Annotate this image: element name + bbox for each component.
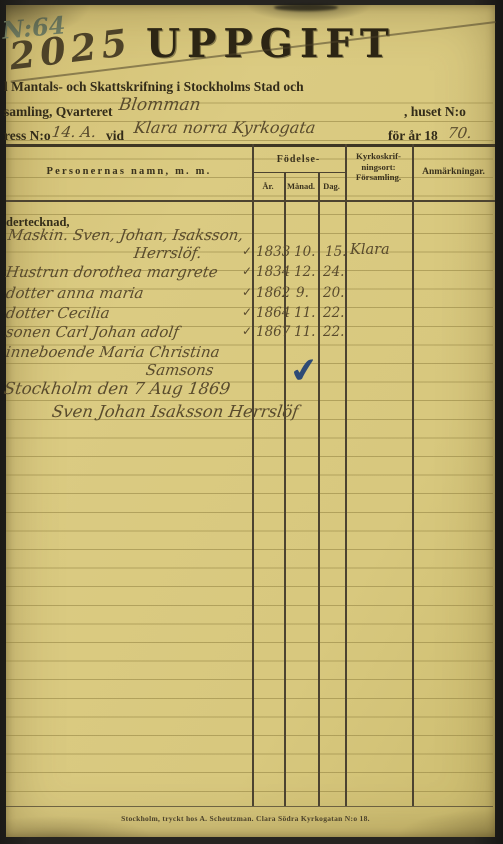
entry-birth-month: 11. xyxy=(294,305,315,321)
printer-imprint: Stockholm, tryckt hos A. Scheutzman. Cla… xyxy=(6,814,485,823)
entry-birth-month: 11. xyxy=(294,324,315,340)
column-header-parish-line2: ningsort: xyxy=(345,162,412,173)
column-divider-name-birth xyxy=(252,144,254,806)
birth-subheader-divider xyxy=(252,172,345,173)
entry-birth-year: 1834 xyxy=(256,264,290,280)
column-header-names: Personernas namn, m. m. xyxy=(6,166,252,177)
entry-birth-year: 1833 xyxy=(256,244,290,260)
check-tick-icon: ✓ xyxy=(242,264,252,278)
table-top-border xyxy=(6,144,495,147)
entry-birth-day: 22. xyxy=(323,324,344,340)
entry-name: sonen Carl Johan adolf xyxy=(5,323,180,341)
entry-birth-day: 15. xyxy=(325,244,346,260)
entry-birth-month: 12. xyxy=(294,264,315,280)
form-label-quarter: samling, Qvarteret xyxy=(4,104,112,120)
table-header-bottom-border xyxy=(6,200,495,202)
entry-birth-day: 22. xyxy=(323,305,344,321)
quarter-value-handwritten: Blomman xyxy=(118,95,202,115)
column-divider-month-day xyxy=(318,172,320,806)
entry-name: inneboende Maria Christina xyxy=(5,343,221,361)
table-bottom-border xyxy=(6,806,493,807)
entry-birth-month: 9. xyxy=(296,285,309,301)
column-header-parish: Kyrkoskrif- ningsort: Församling. xyxy=(345,151,412,183)
form-heading-line1: l Mantals- och Skattskrifning i Stockhol… xyxy=(4,79,304,95)
column-header-year: År. xyxy=(252,181,284,191)
check-tick-icon: ✓ xyxy=(242,285,252,299)
entry-name-line2: Herrslöf. xyxy=(133,244,203,262)
place-and-date-handwritten: Stockholm den 7 Aug 1869 xyxy=(3,379,232,398)
entry-birth-day: 24. xyxy=(323,264,344,280)
column-header-birth-group: Födelse- xyxy=(252,154,345,165)
column-header-parish-line3: Församling. xyxy=(345,172,412,183)
column-header-month: Månad. xyxy=(284,181,318,191)
entry-name: Hustrun dorothea margrete xyxy=(5,263,219,281)
entry-birth-year: 1862 xyxy=(256,285,290,301)
column-header-parish-line1: Kyrkoskrif- xyxy=(345,151,412,162)
form-label-year: för år 18 xyxy=(388,128,438,144)
form-label-address-number: ress N:o xyxy=(4,128,51,144)
column-header-remarks: Anmärkningar. xyxy=(412,167,495,177)
address-number-handwritten: 14. A. xyxy=(51,123,98,141)
ruled-lines xyxy=(6,85,493,807)
entry-parish: Klara xyxy=(350,242,390,258)
blue-checkmark-icon: ✔ xyxy=(287,349,321,393)
entry-birth-day: 20. xyxy=(323,285,344,301)
entry-birth-year: 1867 xyxy=(256,324,290,340)
scanned-document-photo: N:64 UPPGIFT 2025 l Mantals- och Skattsk… xyxy=(0,0,503,844)
entry-name: Maskin. Sven, Johan, Isaksson, xyxy=(7,226,245,244)
check-tick-icon: ✓ xyxy=(242,305,252,319)
check-tick-icon: ✓ xyxy=(242,324,252,338)
check-tick-icon: ✓ xyxy=(242,244,252,258)
signature-handwritten: Sven Johan Isaksson Herrslöf xyxy=(51,402,300,421)
entry-name: dotter Cecilia xyxy=(5,304,111,322)
entry-birth-year: 1864 xyxy=(256,305,290,321)
year-value-handwritten: 70. xyxy=(447,124,473,142)
entry-name-line2: Samsons xyxy=(145,361,215,379)
document-paper: N:64 UPPGIFT 2025 l Mantals- och Skattsk… xyxy=(6,5,495,837)
form-label-at: vid xyxy=(106,128,124,144)
column-header-day: Dag. xyxy=(318,181,345,191)
document-number-handwritten: 2025 xyxy=(5,0,496,83)
entry-name: dotter anna maria xyxy=(5,284,145,302)
form-label-house-number: , huset N:o xyxy=(404,104,466,120)
street-name-handwritten: Klara norra Kyrkogata xyxy=(133,118,317,137)
entry-birth-month: 10. xyxy=(294,244,315,260)
column-divider-parish-remarks xyxy=(412,144,414,806)
